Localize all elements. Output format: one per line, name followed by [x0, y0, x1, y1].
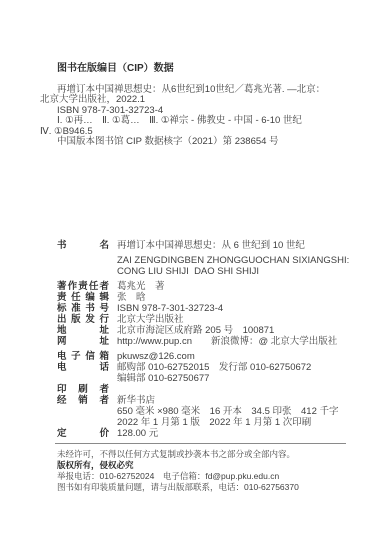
colophon-label: 书名 — [57, 240, 109, 251]
colophon-row: 印刷者 — [57, 384, 361, 395]
colophon-value-line: CONG LIU SHIJI DAO SHI SHIJI — [117, 266, 349, 277]
colophon-value-line: ZAI ZENGDINGBEN ZHONGGUOCHAN SIXIANGSHI: — [117, 255, 349, 266]
cip-record-number: 中国版本图书馆 CIP 数据核字（2021）第 238654 号 — [40, 137, 349, 148]
cip-classification-line-1: Ⅰ. ①再… Ⅱ. ①葛… Ⅲ. ①禅宗 - 佛教史 - 中国 - 6-10 世… — [40, 116, 349, 127]
cip-block: 图书在版编目（CIP）数据 再增订本中国禅思想史：从6世纪到10世纪／葛兆光著.… — [40, 64, 349, 148]
footer-block: 未经许可，不得以任何方式复制或抄袭本书之部分或全部内容。 版权所有，侵权必究 举… — [57, 449, 357, 493]
colophon-value-line: pkuwsz@126.com — [117, 351, 195, 362]
colophon-value-line: 2022 年 1 月第 1 版 2022 年 1 月第 1 次印刷 — [117, 417, 339, 428]
colophon-value: 再增订本中国禅思想史：从 6 世纪到 10 世纪ZAI ZENGDINGBEN … — [117, 240, 349, 277]
colophon-row: 地址北京市海淀区成府路 205 号 100871 — [57, 325, 361, 336]
colophon-value: http://www.pup.cn 新浪微博：@ 北京大学出版社 — [117, 336, 337, 347]
colophon-value-line: 编辑部 010-62750677 — [117, 373, 311, 384]
colophon-label: 印刷者 — [57, 384, 109, 395]
divider-line — [55, 443, 346, 444]
cip-entry-line-2: 北京大学出版社，2022.1 — [40, 95, 349, 106]
colophon-label: 地址 — [57, 325, 109, 336]
colophon-value-line: 650 毫米 ×980 毫米 16 开本 34.5 印张 412 千字 — [117, 406, 339, 417]
colophon-value-line: 128.00 元 — [117, 428, 158, 439]
colophon-row: 责任编辑张 晗 — [57, 292, 361, 303]
colophon-value: 张 晗 — [117, 292, 146, 303]
colophon-value-line: ISBN 978-7-301-32723-4 — [117, 303, 223, 314]
colophon-row: 电子信箱pkuwsz@126.com — [57, 351, 361, 362]
colophon-value-line: 张 晗 — [117, 292, 146, 303]
colophon-label: 出版发行 — [57, 314, 109, 325]
colophon-value: 北京市海淀区成府路 205 号 100871 — [117, 325, 274, 336]
colophon-label: 电话 — [57, 362, 109, 373]
colophon-row: 著作责任者葛兆光 著 — [57, 281, 361, 292]
colophon-label: 网址 — [57, 336, 109, 347]
colophon-value-line: 邮购部 010-62752015 发行部 010-62750672 — [117, 362, 311, 373]
colophon-table: 书名再增订本中国禅思想史：从 6 世纪到 10 世纪ZAI ZENGDINGBE… — [57, 240, 361, 439]
colophon-value-line: 葛兆光 著 — [117, 281, 165, 292]
colophon-row: 网址http://www.pup.cn 新浪微博：@ 北京大学出版社 — [57, 336, 361, 347]
colophon-row: 电话邮购部 010-62752015 发行部 010-62750672编辑部 0… — [57, 362, 361, 384]
copyright-page: 图书在版编目（CIP）数据 再增订本中国禅思想史：从6世纪到10世纪／葛兆光著.… — [0, 0, 375, 550]
colophon-value: 新华书店650 毫米 ×980 毫米 16 开本 34.5 印张 412 千字2… — [117, 395, 339, 428]
quality-notice: 图书如有印装质量问题，请与出版部联系，电话：010-62756370 — [57, 482, 357, 493]
colophon-value-line: 再增订本中国禅思想史：从 6 世纪到 10 世纪 — [117, 240, 349, 251]
colophon-row: 出版发行北京大学出版社 — [57, 314, 361, 325]
colophon-value-line: 新华书店 — [117, 395, 339, 406]
report-contact: 举报电话：010-62752024 电子信箱：fd@pup.pku.edu.cn — [57, 471, 357, 482]
colophon-row: 经销者新华书店650 毫米 ×980 毫米 16 开本 34.5 印张 412 … — [57, 395, 361, 428]
colophon-label: 责任编辑 — [57, 292, 109, 303]
colophon-value-line: 北京市海淀区成府路 205 号 100871 — [117, 325, 274, 336]
colophon-label: 定价 — [57, 428, 109, 439]
colophon-label: 电子信箱 — [57, 351, 109, 362]
colophon-value-line: http://www.pup.cn 新浪微博：@ 北京大学出版社 — [117, 336, 337, 347]
colophon-value: 北京大学出版社 — [117, 314, 184, 325]
colophon-value: ISBN 978-7-301-32723-4 — [117, 303, 223, 314]
colophon-value: 128.00 元 — [117, 428, 158, 439]
colophon-label: 经销者 — [57, 395, 109, 406]
colophon-value: pkuwsz@126.com — [117, 351, 195, 362]
colophon-value: 邮购部 010-62752015 发行部 010-62750672编辑部 010… — [117, 362, 311, 384]
copyright-notice: 未经许可，不得以任何方式复制或抄袭本书之部分或全部内容。 — [57, 449, 357, 460]
colophon-row: 定价128.00 元 — [57, 428, 361, 439]
colophon-row: 标准书号ISBN 978-7-301-32723-4 — [57, 303, 361, 314]
colophon-value: 葛兆光 著 — [117, 281, 165, 292]
cip-heading: 图书在版编目（CIP）数据 — [57, 64, 349, 75]
colophon-label: 标准书号 — [57, 303, 109, 314]
rights-statement: 版权所有，侵权必究 — [57, 460, 357, 471]
colophon-row: 书名再增订本中国禅思想史：从 6 世纪到 10 世纪ZAI ZENGDINGBE… — [57, 240, 361, 277]
colophon-value-line: 北京大学出版社 — [117, 314, 184, 325]
colophon-label: 著作责任者 — [57, 281, 109, 292]
